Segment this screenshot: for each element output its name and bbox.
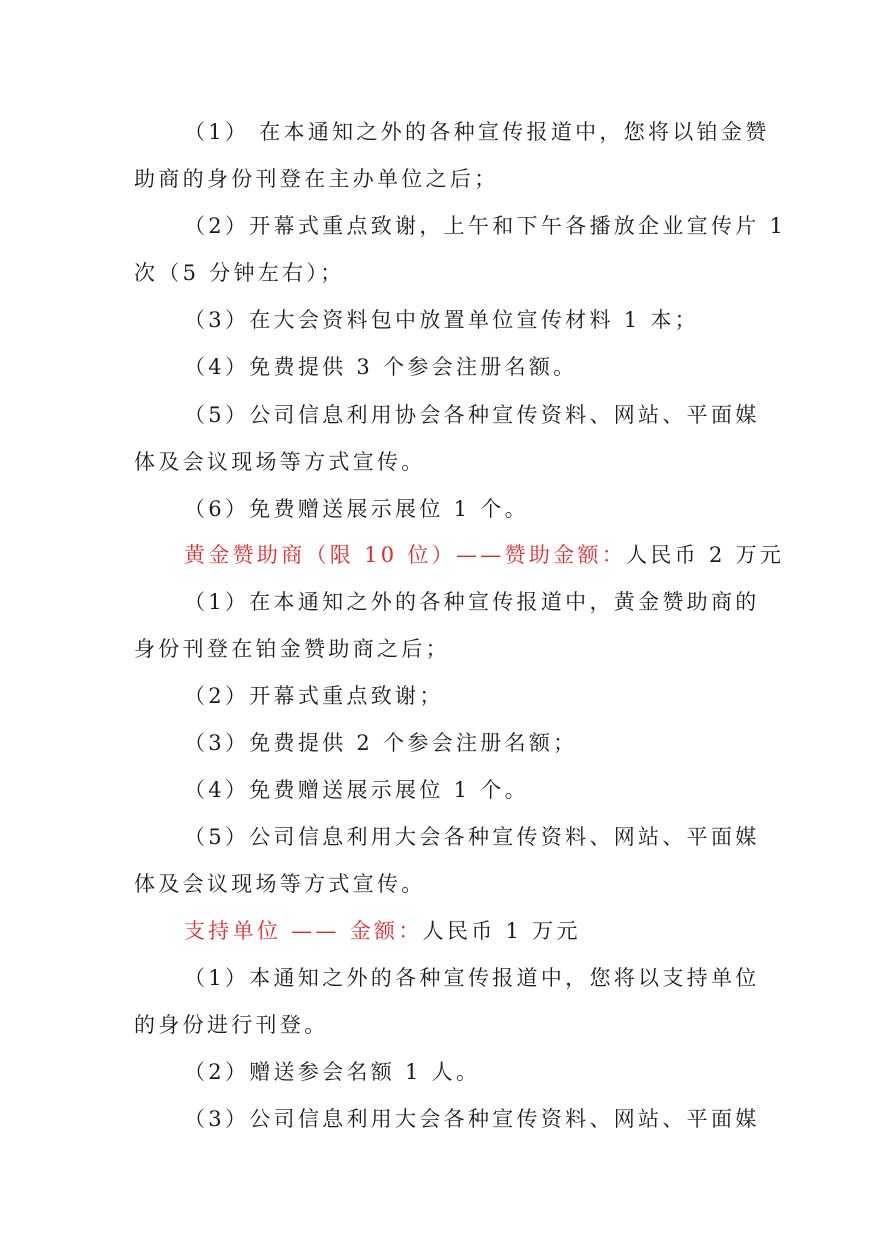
paragraph-line: （2）开幕式重点致谢； bbox=[184, 681, 444, 711]
paragraph-line: （2）开幕式重点致谢，上午和下午各播放企业宣传片 1 bbox=[184, 211, 786, 241]
paragraph-line: （4）免费赠送展示展位 1 个。 bbox=[184, 775, 529, 805]
tier-name: 支持单位 —— 金额： bbox=[184, 919, 423, 943]
paragraph-line: （1）在本通知之外的各种宣传报道中，黄金赞助商的 bbox=[184, 587, 760, 617]
tier-amount: 人民币 1 万元 bbox=[423, 919, 581, 943]
paragraph-line: （3）公司信息利用大会各种宣传资料、网站、平面媒 bbox=[184, 1104, 760, 1134]
paragraph-line: （3）在大会资料包中放置单位宣传材料 1 本； bbox=[184, 305, 699, 335]
paragraph-line: 身份刊登在铂金赞助商之后； bbox=[134, 634, 450, 664]
paragraph-line: 助商的身份刊登在主办单位之后； bbox=[134, 164, 499, 194]
paragraph-line: 体及会议现场等方式宣传。 bbox=[134, 447, 426, 477]
paragraph-line: （5）公司信息利用大会各种宣传资料、网站、平面媒 bbox=[184, 822, 760, 852]
tier-name: 黄金赞助商（限 10 位）——赞助金额： bbox=[184, 543, 626, 567]
sponsor-tier-heading: 支持单位 —— 金额：人民币 1 万元 bbox=[184, 916, 581, 946]
paragraph-line: （3）免费提供 2 个参会注册名额； bbox=[184, 728, 577, 758]
paragraph-line: （2）赠送参会名额 1 人。 bbox=[184, 1057, 480, 1087]
paragraph-line: （6）免费赠送展示展位 1 个。 bbox=[184, 494, 529, 524]
paragraph-line: 次（5 分钟左右）； bbox=[134, 258, 345, 288]
paragraph-line: （5）公司信息利用协会各种宣传资料、网站、平面媒 bbox=[184, 400, 760, 430]
tier-amount: 人民币 2 万元 bbox=[626, 543, 784, 567]
sponsor-tier-heading: 黄金赞助商（限 10 位）——赞助金额：人民币 2 万元 bbox=[184, 540, 784, 570]
paragraph-line: 体及会议现场等方式宣传。 bbox=[134, 869, 426, 899]
paragraph-line: （1） 在本通知之外的各种宣传报道中，您将以铂金赞 bbox=[184, 117, 770, 147]
paragraph-line: 的身份进行刊登。 bbox=[134, 1010, 328, 1040]
paragraph-line: （1）本通知之外的各种宣传报道中，您将以支持单位 bbox=[184, 963, 760, 993]
paragraph-line: （4）免费提供 3 个参会注册名额。 bbox=[184, 352, 577, 382]
